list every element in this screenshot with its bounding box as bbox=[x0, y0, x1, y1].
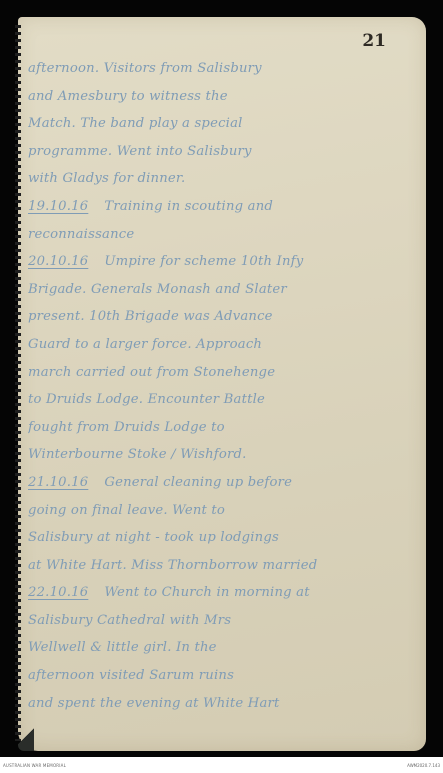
text-line: afternoon. Visitors from Salisbury bbox=[28, 55, 416, 83]
text-line: Match. The band play a special bbox=[28, 110, 416, 138]
text-line: reconnaissance bbox=[28, 221, 416, 249]
footer-reference: AWM2020.7.143 bbox=[407, 763, 440, 768]
entry-date: 19.10.16 bbox=[28, 199, 88, 214]
entry-date: 20.10.16 bbox=[28, 254, 88, 269]
entry-line: 22.10.16Went to Church in morning at bbox=[28, 579, 416, 607]
text-line: and spent the evening at White Hart bbox=[28, 690, 416, 718]
text-line: Salisbury Cathedral with Mrs bbox=[28, 607, 416, 635]
text-line: with Gladys for dinner. bbox=[28, 165, 416, 193]
entry-date: 21.10.16 bbox=[28, 475, 88, 490]
text-line: Salisbury at night - took up lodgings bbox=[28, 524, 416, 552]
diary-page: 21 afternoon. Visitors from Salisbury an… bbox=[18, 17, 426, 751]
text-line: programme. Went into Salisbury bbox=[28, 138, 416, 166]
handwritten-text: afternoon. Visitors from Salisbury and A… bbox=[28, 55, 416, 717]
footer-credit: AUSTRALIAN WAR MEMORIAL bbox=[3, 763, 66, 768]
text-line: and Amesbury to witness the bbox=[28, 83, 416, 111]
footer-bar: AUSTRALIAN WAR MEMORIAL AWM2020.7.143 bbox=[0, 757, 443, 773]
text-line: going on final leave. Went to bbox=[28, 497, 416, 525]
text-line: Guard to a larger force. Approach bbox=[28, 331, 416, 359]
text-line: present. 10th Brigade was Advance bbox=[28, 303, 416, 331]
image-viewer: 21 afternoon. Visitors from Salisbury an… bbox=[0, 0, 443, 757]
text-line: fought from Druids Lodge to bbox=[28, 414, 416, 442]
entry-line: 20.10.16Umpire for scheme 10th Infy bbox=[28, 248, 416, 276]
text-line: Brigade. Generals Monash and Slater bbox=[28, 276, 416, 304]
text-line: afternoon visited Sarum ruins bbox=[28, 662, 416, 690]
text-line: Wellwell & little girl. In the bbox=[28, 634, 416, 662]
entry-date: 22.10.16 bbox=[28, 585, 88, 600]
page-number: 21 bbox=[362, 31, 386, 51]
text-line: to Druids Lodge. Encounter Battle bbox=[28, 386, 416, 414]
entry-line: 21.10.16General cleaning up before bbox=[28, 469, 416, 497]
entry-line: 19.10.16Training in scouting and bbox=[28, 193, 416, 221]
text-line: march carried out from Stonehenge bbox=[28, 359, 416, 387]
text-line: at White Hart. Miss Thornborrow married bbox=[28, 552, 416, 580]
text-line: Winterbourne Stoke / Wishford. bbox=[28, 441, 416, 469]
